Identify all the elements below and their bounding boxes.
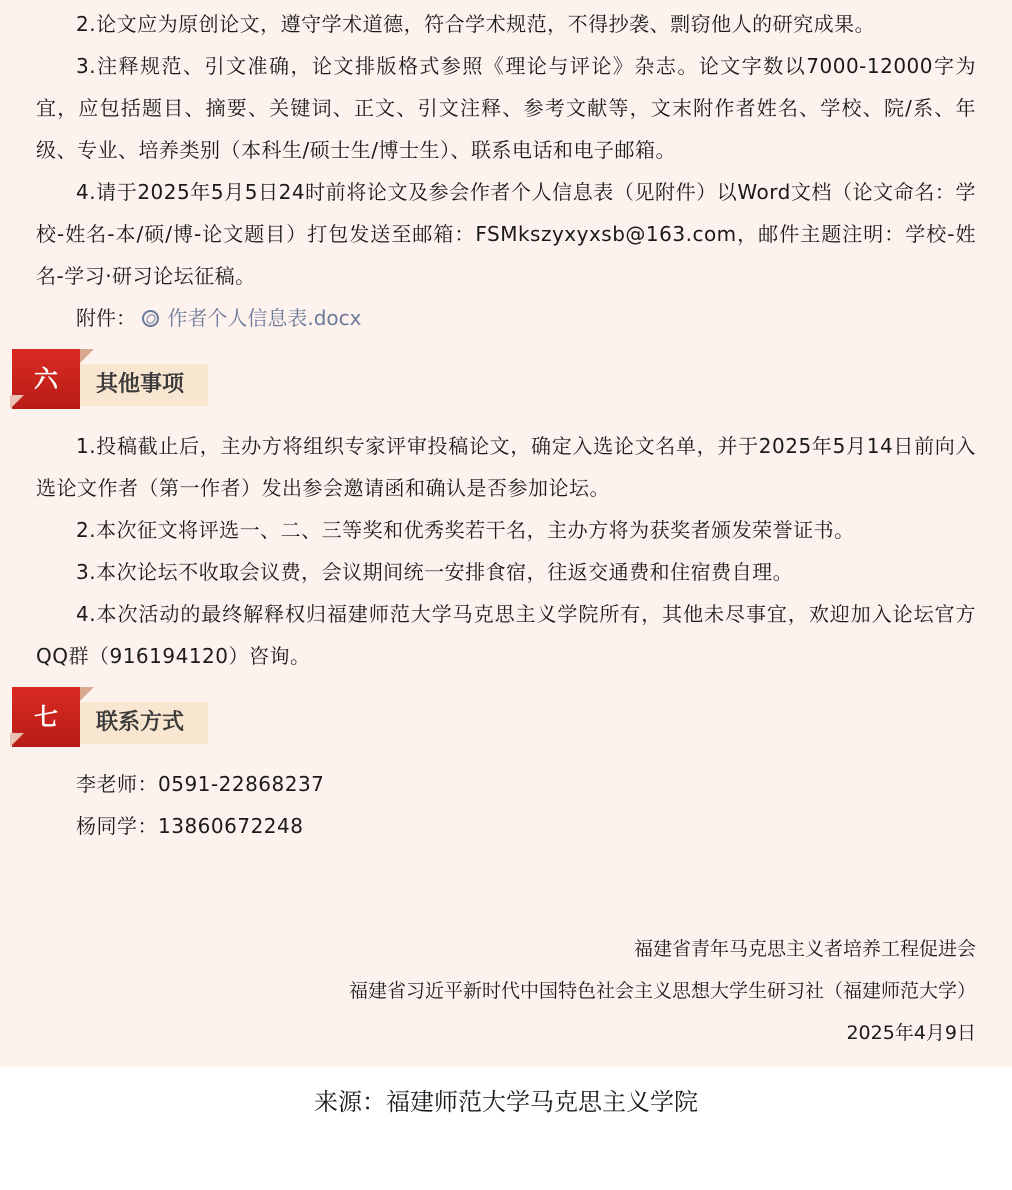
other-item-4: 4.本次活动的最终解释权归福建师范大学马克思主义学院所有，其他未尽事宜，欢迎加入… [36, 593, 976, 677]
other-item-2: 2.本次征文将评选一、二、三等奖和优秀奖若干名，主办方将为获奖者颁发荣誉证书。 [36, 509, 976, 551]
section-title: 联系方式 [80, 702, 208, 744]
section-title: 其他事项 [80, 364, 208, 406]
requirement-item-3: 3.注释规范、引文准确，论文排版格式参照《理论与评论》杂志。论文字数以7000-… [36, 45, 976, 171]
corner-fold-decoration [10, 733, 24, 747]
source-text: 来源：福建师范大学马克思主义学院 [314, 1088, 698, 1116]
signature-org-2: 福建省习近平新时代中国特色社会主义思想大学生研习社（福建师范大学） [349, 970, 976, 1012]
signature-org-1: 福建省青年马克思主义者培养工程促进会 [349, 928, 976, 970]
requirement-item-4: 4.请于2025年5月5日24时前将论文及参会作者个人信息表（见附件）以Word… [36, 171, 976, 297]
attachment-filename: 作者个人信息表.docx [167, 306, 361, 330]
corner-fold-decoration [10, 395, 24, 409]
link-icon [142, 310, 159, 327]
corner-fold-decoration [80, 687, 94, 701]
attachment-label: 附件： [76, 306, 136, 330]
requirement-item-2: 2.论文应为原创论文，遵守学术道德，符合学术规范，不得抄袭、剽窃他人的研究成果。 [36, 0, 976, 45]
section-header-contact: 七 联系方式 [12, 687, 976, 751]
section-number-badge: 六 [12, 349, 80, 409]
contact-student: 杨同学：13860672248 [36, 805, 976, 847]
article-body: 2.论文应为原创论文，遵守学术道德，符合学术规范，不得抄袭、剽窃他人的研究成果。… [0, 0, 1012, 1067]
source-footer: 来源：福建师范大学马克思主义学院 [0, 1067, 1012, 1190]
signature-block: 福建省青年马克思主义者培养工程促进会 福建省习近平新时代中国特色社会主义思想大学… [349, 928, 976, 1054]
corner-fold-decoration [80, 349, 94, 363]
other-item-3: 3.本次论坛不收取会议费，会议期间统一安排食宿，往返交通费和住宿费自理。 [36, 551, 976, 593]
signature-date: 2025年4月9日 [349, 1012, 976, 1054]
other-item-1: 1.投稿截止后，主办方将组织专家评审投稿论文，确定入选论文名单，并于2025年5… [36, 425, 976, 509]
section-number-badge: 七 [12, 687, 80, 747]
section-header-other-matters: 六 其他事项 [12, 349, 976, 413]
attachment-link[interactable]: 作者个人信息表.docx [142, 306, 361, 330]
contact-teacher: 李老师：0591-22868237 [36, 763, 976, 805]
attachment-row: 附件： 作者个人信息表.docx [36, 297, 976, 339]
